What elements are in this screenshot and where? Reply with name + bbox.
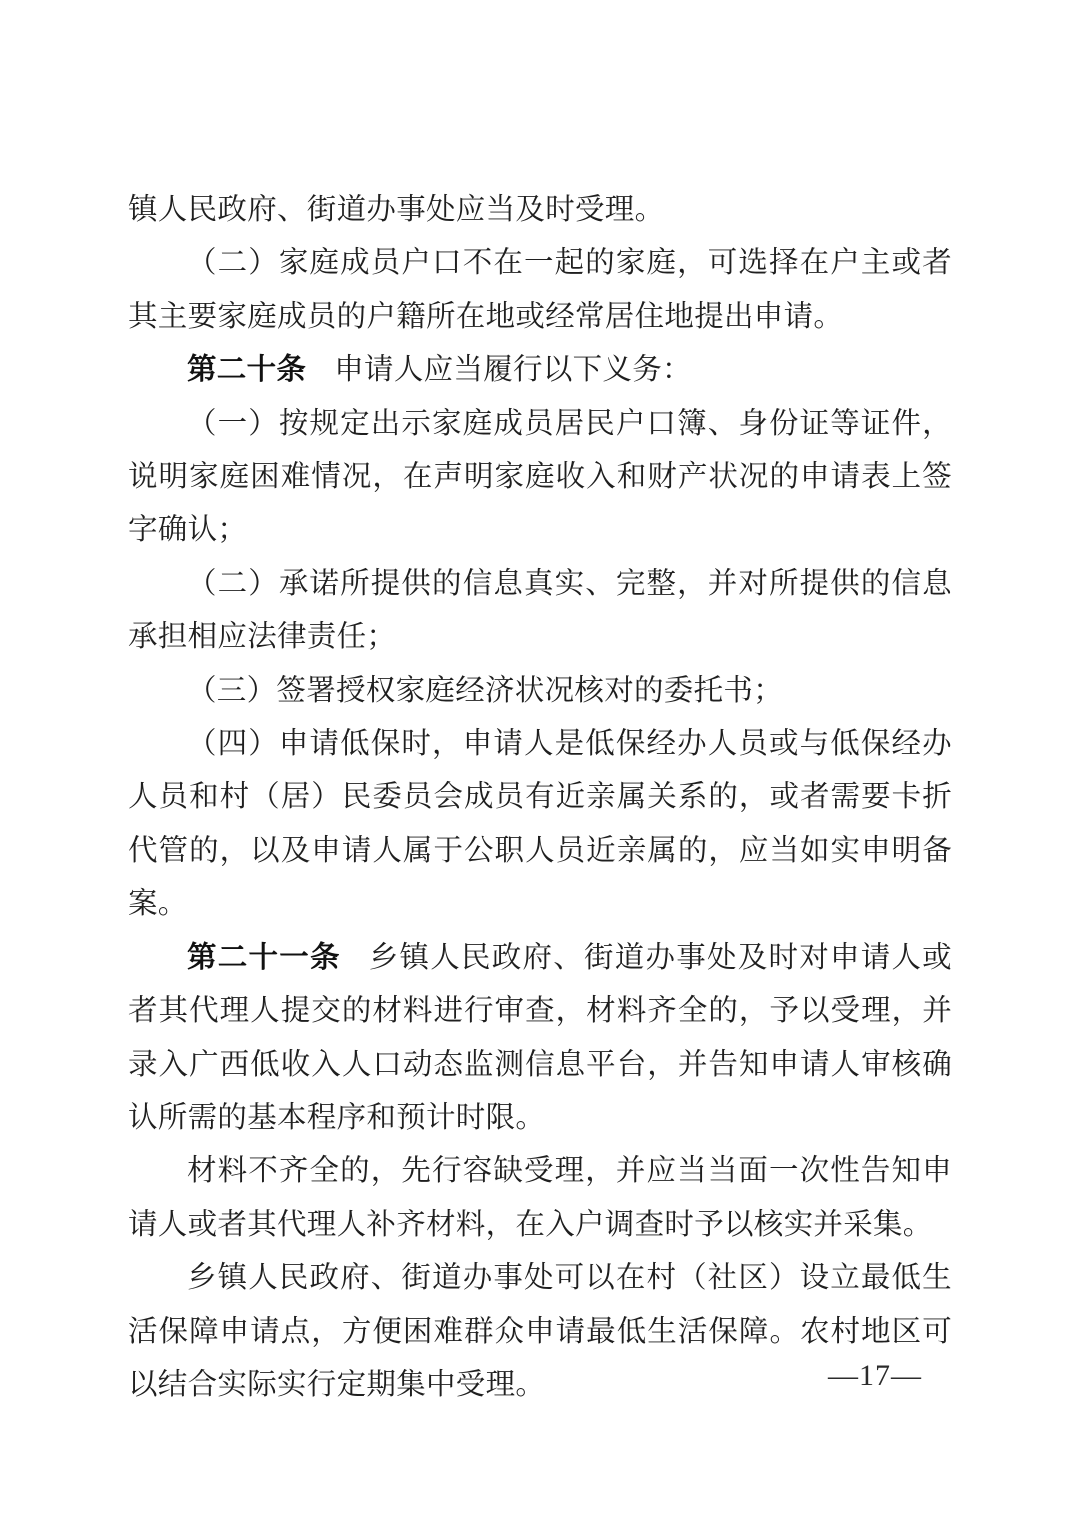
paragraph: （三）签署授权家庭经济状况核对的委托书； <box>128 665 952 718</box>
paragraph: （四）申请低保时，申请人是低保经办人员或与低保经办人员和村（居）民委员会成员有近… <box>128 718 952 932</box>
document-body: 镇人民政府、街道办事处应当及时受理。（二）家庭成员户口不在一起的家庭，可选择在户… <box>128 184 952 1412</box>
paragraph-text: （三）签署授权家庭经济状况核对的委托书； <box>187 675 783 707</box>
document-page: 镇人民政府、街道办事处应当及时受理。（二）家庭成员户口不在一起的家庭，可选择在户… <box>0 0 1074 1520</box>
paragraph: 第二十一条乡镇人民政府、街道办事处及时对申请人或者其代理人提交的材料进行审查，材… <box>128 932 952 1146</box>
paragraph: （二）承诺所提供的信息真实、完整，并对所提供的信息承担相应法律责任； <box>128 558 952 665</box>
paragraph: 材料不齐全的，先行容缺受理，并应当当面一次性告知申请人或者其代理人补齐材料，在入… <box>128 1145 952 1252</box>
paragraph-text: （二）家庭成员户口不在一起的家庭，可选择在户主或者其主要家庭成员的户籍所在地或经… <box>128 247 952 332</box>
page-number: —17— <box>828 1356 922 1396</box>
paragraph: 镇人民政府、街道办事处应当及时受理。 <box>128 184 952 237</box>
article-number-heading: 第二十条 <box>187 354 306 386</box>
paragraph: （一）按规定出示家庭成员居民户口簿、身份证等证件，说明家庭困难情况，在声明家庭收… <box>128 398 952 558</box>
article-number-heading: 第二十一条 <box>187 942 341 974</box>
paragraph-text: （四）申请低保时，申请人是低保经办人员或与低保经办人员和村（居）民委员会成员有近… <box>128 728 952 920</box>
paragraph-text: 材料不齐全的，先行容缺受理，并应当当面一次性告知申请人或者其代理人补齐材料，在入… <box>128 1155 952 1240</box>
paragraph-text: 申请人应当履行以下义务： <box>334 354 692 386</box>
paragraph: 第二十条申请人应当履行以下义务： <box>128 344 952 397</box>
paragraph-text: （一）按规定出示家庭成员居民户口簿、身份证等证件，说明家庭困难情况，在声明家庭收… <box>128 408 952 547</box>
paragraph-text: （二）承诺所提供的信息真实、完整，并对所提供的信息承担相应法律责任； <box>128 568 952 653</box>
paragraph: （二）家庭成员户口不在一起的家庭，可选择在户主或者其主要家庭成员的户籍所在地或经… <box>128 237 952 344</box>
paragraph-text: 镇人民政府、街道办事处应当及时受理。 <box>128 194 664 226</box>
